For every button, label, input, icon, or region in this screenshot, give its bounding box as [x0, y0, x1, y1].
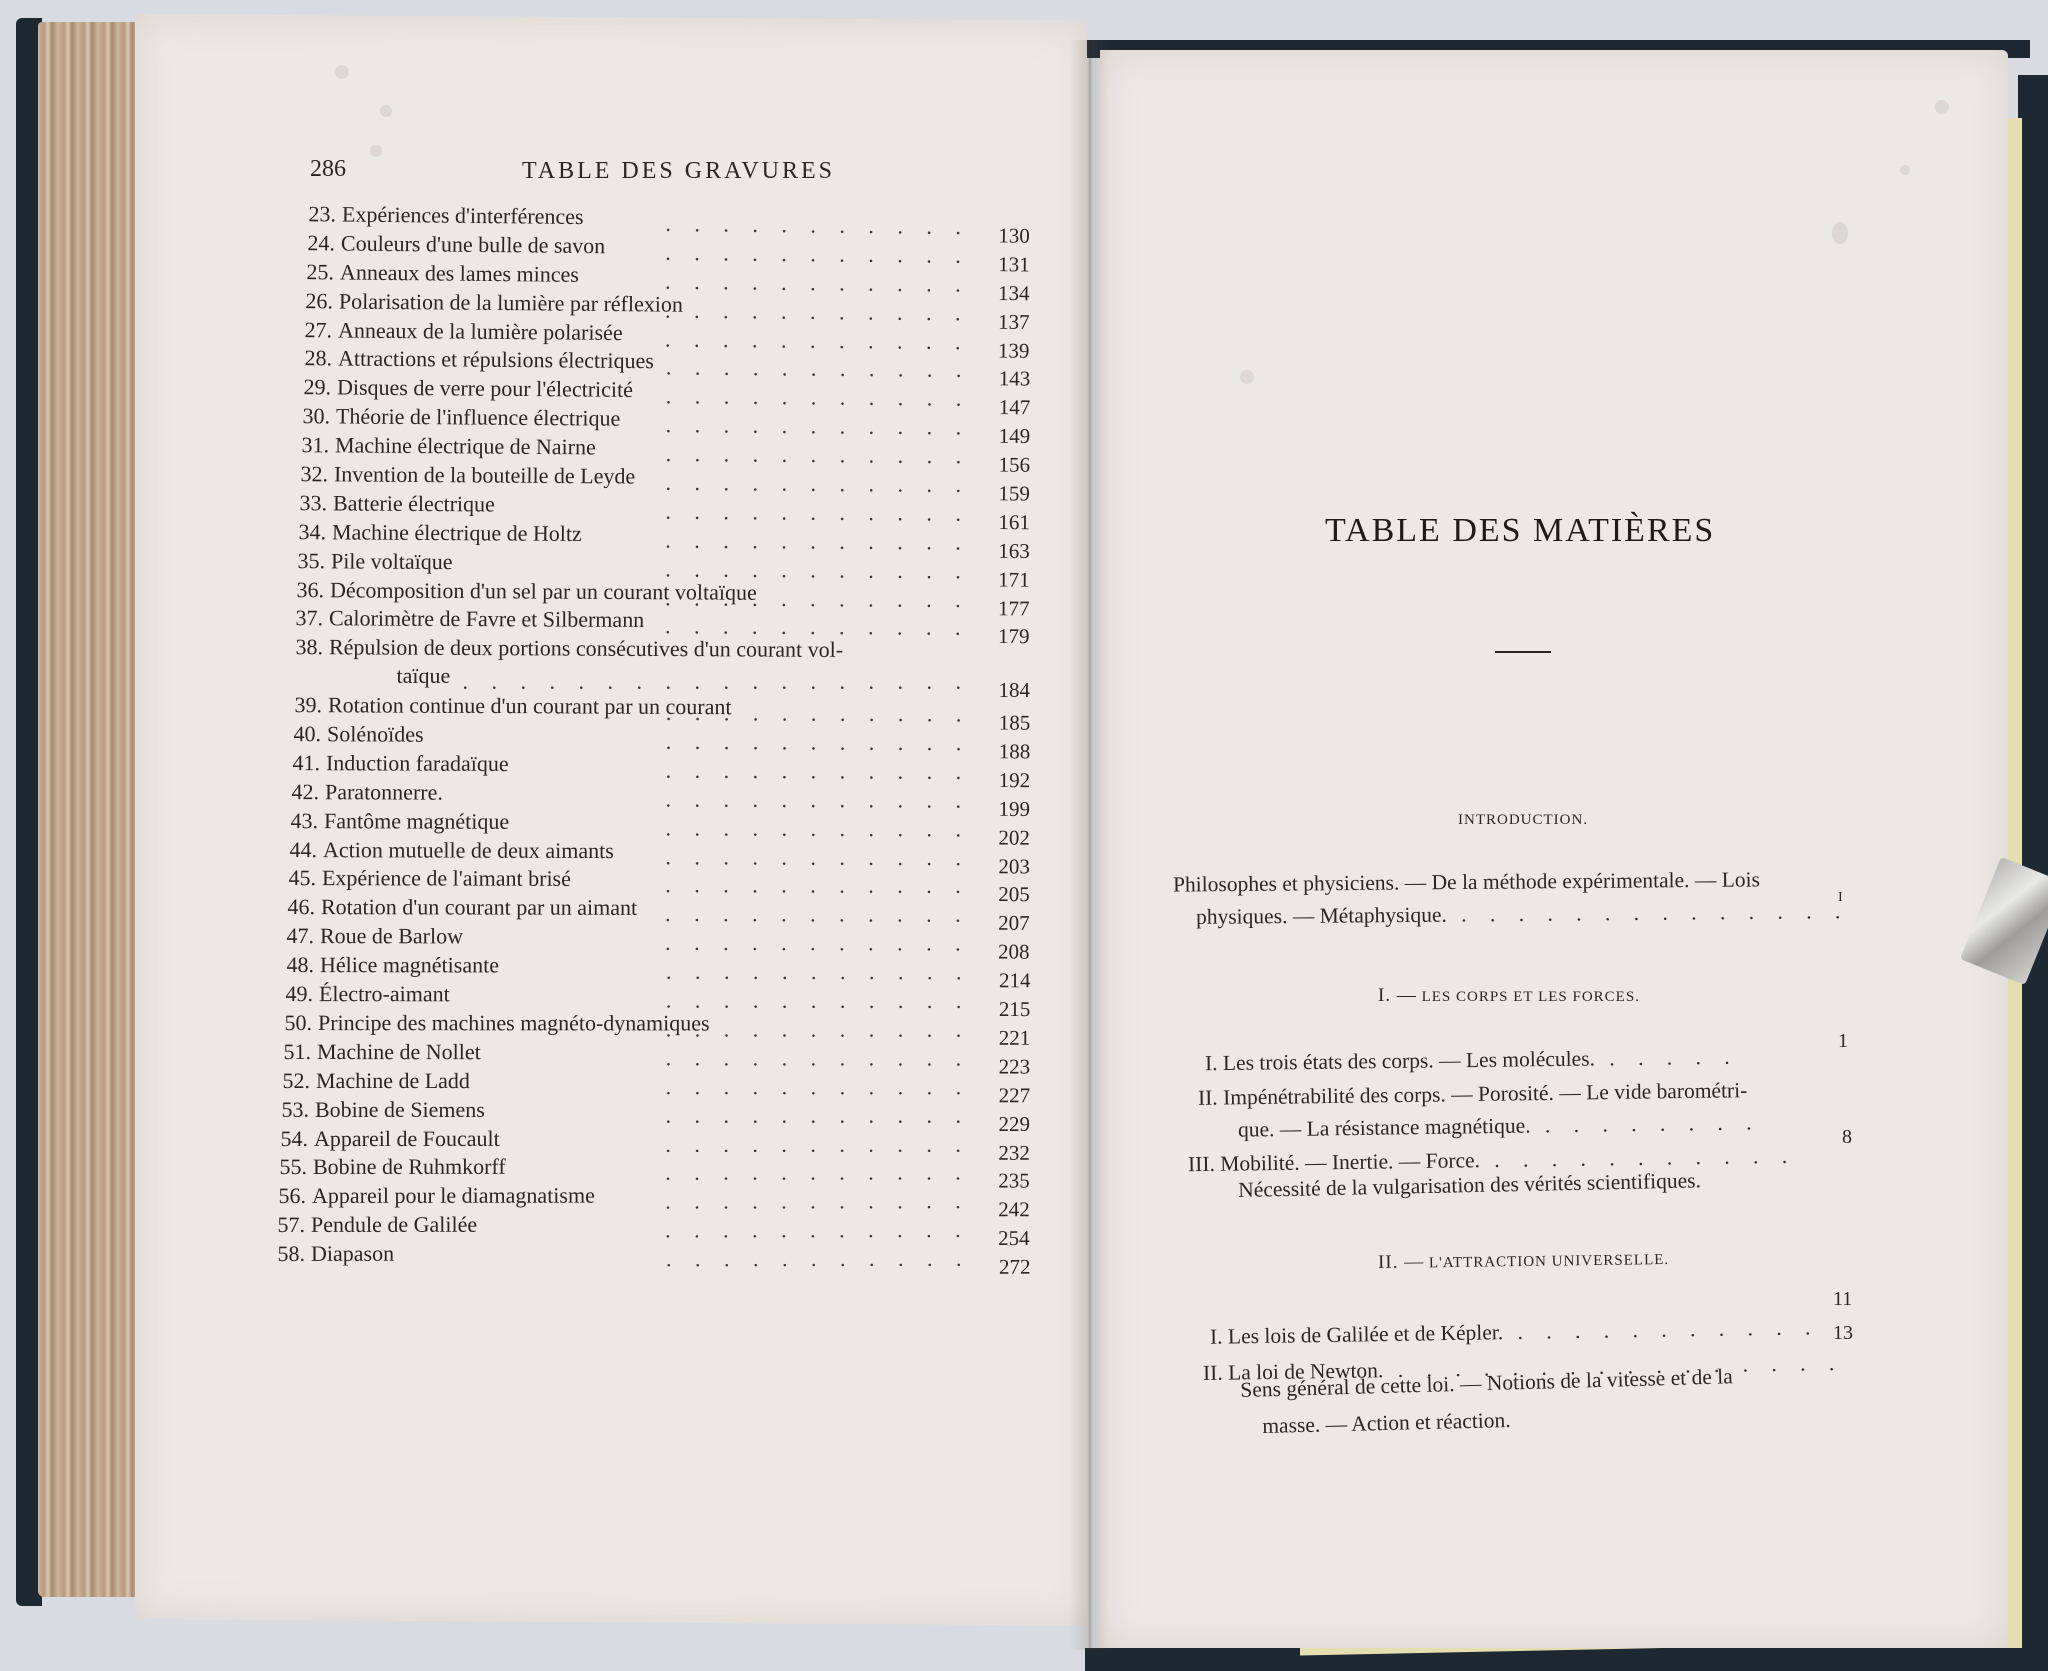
figure-number: 52. — [264, 1067, 310, 1095]
section-heading-1: I. — LES CORPS ET LES FORCES. — [1378, 985, 1640, 1007]
figure-number: 35. — [279, 547, 325, 575]
book-gutter — [1070, 40, 1110, 1650]
list-item: 35.Pile voltaïque. . . . . . . . . . .17… — [279, 547, 1030, 581]
list-item: 52.Machine de Ladd. . . . . . . . . . .2… — [264, 1067, 1030, 1096]
figure-title: Batterie électrique — [333, 490, 495, 516]
figure-title: Couleurs d'une bulle de savon — [341, 230, 605, 258]
figure-title: Expérience de l'aimant brisé — [322, 866, 571, 892]
figure-title: Anneaux de la lumière polarisée — [338, 317, 623, 345]
figure-title-continuation: taïque — [397, 663, 451, 688]
figure-title: Expériences d'interférences — [342, 202, 584, 230]
foxing-stain — [335, 65, 349, 79]
section-heading-2: II. — L'ATTRACTION UNIVERSELLE. — [1378, 1248, 1669, 1274]
list-item: 41.Induction faradaïque. . . . . . . . .… — [274, 749, 1030, 781]
figure-number: 28. — [285, 344, 331, 372]
figure-number: 47. — [268, 922, 314, 950]
figure-title: Paratonnerre. — [325, 779, 443, 804]
figure-number: 54. — [262, 1124, 308, 1152]
figure-number: 31. — [283, 431, 329, 459]
toc-entry-introduction-page: I — [1838, 890, 1843, 906]
figure-title: Appareil pour le diamagnatisme — [312, 1183, 595, 1208]
running-head: 286 TABLE DES GRAVURES — [310, 156, 1070, 190]
figure-number: 45. — [270, 864, 316, 892]
figure-title: Machine de Ladd — [316, 1068, 470, 1093]
figure-number: 41. — [274, 749, 320, 777]
foxing-stain — [1935, 100, 1949, 114]
figure-number: 43. — [272, 807, 318, 835]
figure-title: Solénoïdes — [327, 721, 424, 746]
figure-number: 44. — [271, 836, 317, 864]
foxing-stain — [1240, 370, 1254, 384]
figure-title: Action mutuelle de deux aimants — [323, 837, 614, 863]
figure-number: 33. — [281, 489, 327, 517]
figure-title: Diapason — [310, 1241, 393, 1266]
figure-title: Invention de la bouteille de Leyde — [334, 461, 635, 488]
list-item: 44.Action mutuelle de deux aimants. . . … — [271, 836, 1030, 867]
page-edges-stack — [38, 22, 138, 1597]
figure-number: 34. — [280, 518, 326, 546]
figure-number: 39. — [276, 691, 322, 719]
list-item: 34.Machine électrique de Holtz. . . . . … — [280, 518, 1030, 552]
figure-title: Disques de verre pour l'électricité — [337, 375, 633, 402]
list-item: 46.Rotation d'un courant par un aimant. … — [269, 893, 1030, 924]
list-item: 40.Solénoïdes. . . . . . . . . . .188 — [275, 720, 1030, 752]
figure-title: Électro-aimant — [319, 981, 450, 1006]
toc-entry-2-2-page: 13 — [1833, 1322, 1853, 1345]
foxing-stain — [1900, 165, 1910, 175]
figure-number: 53. — [263, 1096, 309, 1124]
figure-number: 30. — [284, 402, 330, 430]
list-item-continuation: taïque. . . . . . . . . . . . . . . . . … — [277, 662, 1031, 691]
figure-number: 46. — [269, 893, 315, 921]
list-item: 56.Appareil pour le diamagnatisme. . . .… — [260, 1181, 1030, 1211]
figure-number: 27. — [286, 316, 332, 344]
list-item: 48.Hélice magnétisante. . . . . . . . . … — [267, 951, 1030, 981]
figure-title: Anneaux des lames minces — [340, 259, 579, 286]
figure-title: Induction faradaïque — [326, 750, 509, 776]
figure-number: 23. — [290, 200, 336, 228]
page-number: 286 — [310, 156, 346, 183]
list-item: 57.Pendule de Galilée. . . . . . . . . .… — [259, 1210, 1030, 1240]
figure-number: 56. — [260, 1182, 306, 1210]
toc-entry-1-1-page: 1 — [1838, 1030, 1848, 1053]
figure-title: Calorimètre de Favre et Silbermann — [329, 606, 644, 633]
list-item: 42.Paratonnerre.. . . . . . . . . . .199 — [273, 778, 1030, 810]
figure-title: Principe des machines magnéto-dynamiques — [318, 1010, 710, 1035]
figure-number: 42. — [273, 778, 319, 806]
figure-title: Répulsion de deux portions consécutives … — [328, 635, 842, 663]
figure-number: 32. — [282, 460, 328, 488]
list-item: 54.Appareil de Foucault. . . . . . . . .… — [262, 1124, 1030, 1153]
figure-title: Machine électrique de Holtz — [332, 519, 582, 546]
figure-title: Fantôme magnétique — [324, 808, 509, 834]
figure-number: 55. — [261, 1153, 307, 1181]
figure-number: 26. — [287, 287, 333, 315]
figure-title: Attractions et répulsions électriques — [337, 346, 653, 374]
figure-number: 24. — [289, 229, 335, 257]
figure-number: 57. — [259, 1211, 305, 1239]
figure-number: 48. — [267, 951, 313, 979]
toc-entry-1-2-page: 8 — [1842, 1126, 1852, 1149]
list-item: 58.Diapason. . . . . . . . . . .272 — [258, 1239, 1030, 1269]
list-item: 47.Roue de Barlow. . . . . . . . . . .20… — [268, 922, 1030, 952]
list-item: 51.Machine de Nollet. . . . . . . . . . … — [265, 1038, 1030, 1067]
foxing-stain — [380, 105, 392, 117]
figure-title: Pile voltaïque — [331, 548, 453, 574]
list-item: 39.Rotation continue d'un courant par un… — [276, 691, 1031, 724]
section-heading-introduction: INTRODUCTION. — [1458, 812, 1588, 829]
table-des-gravures-list: 23.Expériences d'interférences. . . . . … — [290, 200, 1030, 1269]
list-item: 45.Expérience de l'aimant brisé. . . . .… — [270, 864, 1030, 895]
list-item: 49.Électro-aimant. . . . . . . . . . .21… — [267, 980, 1030, 1010]
figure-title: Machine électrique de Nairne — [335, 433, 596, 460]
figure-title: Bobine de Siemens — [315, 1097, 485, 1122]
running-head-title: TABLE DES GRAVURES — [522, 158, 835, 185]
list-item: 53.Bobine de Siemens. . . . . . . . . . … — [263, 1096, 1030, 1125]
figure-number: 58. — [258, 1240, 304, 1268]
figure-title: Rotation d'un courant par un aimant — [321, 895, 637, 921]
figure-number: 49. — [267, 980, 313, 1008]
figure-title: Pendule de Galilée — [311, 1212, 477, 1237]
list-item: 50.Principe des machines magnéto-dynamiq… — [266, 1009, 1030, 1039]
title-rule — [1495, 651, 1551, 653]
book-cover-bottom — [1085, 1648, 2048, 1671]
toc-entry-introduction-line1: Philosophes et physiciens. — De la métho… — [1173, 867, 1760, 897]
figure-number: 50. — [266, 1009, 312, 1037]
figure-title: Théorie de l'influence électrique — [336, 404, 621, 431]
list-item: 43.Fantôme magnétique. . . . . . . . . .… — [272, 807, 1030, 839]
figure-title: Polarisation de la lumière par réflexion — [339, 288, 683, 316]
figure-title: Appareil de Foucault — [314, 1125, 500, 1150]
figure-number: 36. — [278, 576, 324, 604]
dot-leader: . . . . . . . . . . . — [665, 1245, 970, 1274]
page-title: TABLE DES MATIÈRES — [1325, 512, 1715, 550]
list-item: 55.Bobine de Ruhmkorff. . . . . . . . . … — [261, 1153, 1030, 1182]
figure-number: 38. — [276, 633, 322, 661]
figure-title: Hélice magnétisante — [319, 952, 498, 977]
figure-title: Machine de Nollet — [317, 1039, 481, 1064]
figure-number: 25. — [288, 258, 334, 286]
foxing-stain — [1832, 222, 1848, 244]
right-page — [1100, 50, 2008, 1648]
figure-title: Bobine de Ruhmkorff — [313, 1154, 506, 1179]
figure-page: 272 — [998, 1253, 1030, 1281]
toc-entry-2-1-page: 11 — [1833, 1288, 1852, 1311]
figure-number: 29. — [284, 373, 330, 401]
figure-title: Roue de Barlow — [320, 923, 463, 948]
figure-number: 37. — [277, 604, 323, 632]
figure-number: 40. — [275, 720, 321, 748]
figure-number: 51. — [265, 1038, 311, 1066]
